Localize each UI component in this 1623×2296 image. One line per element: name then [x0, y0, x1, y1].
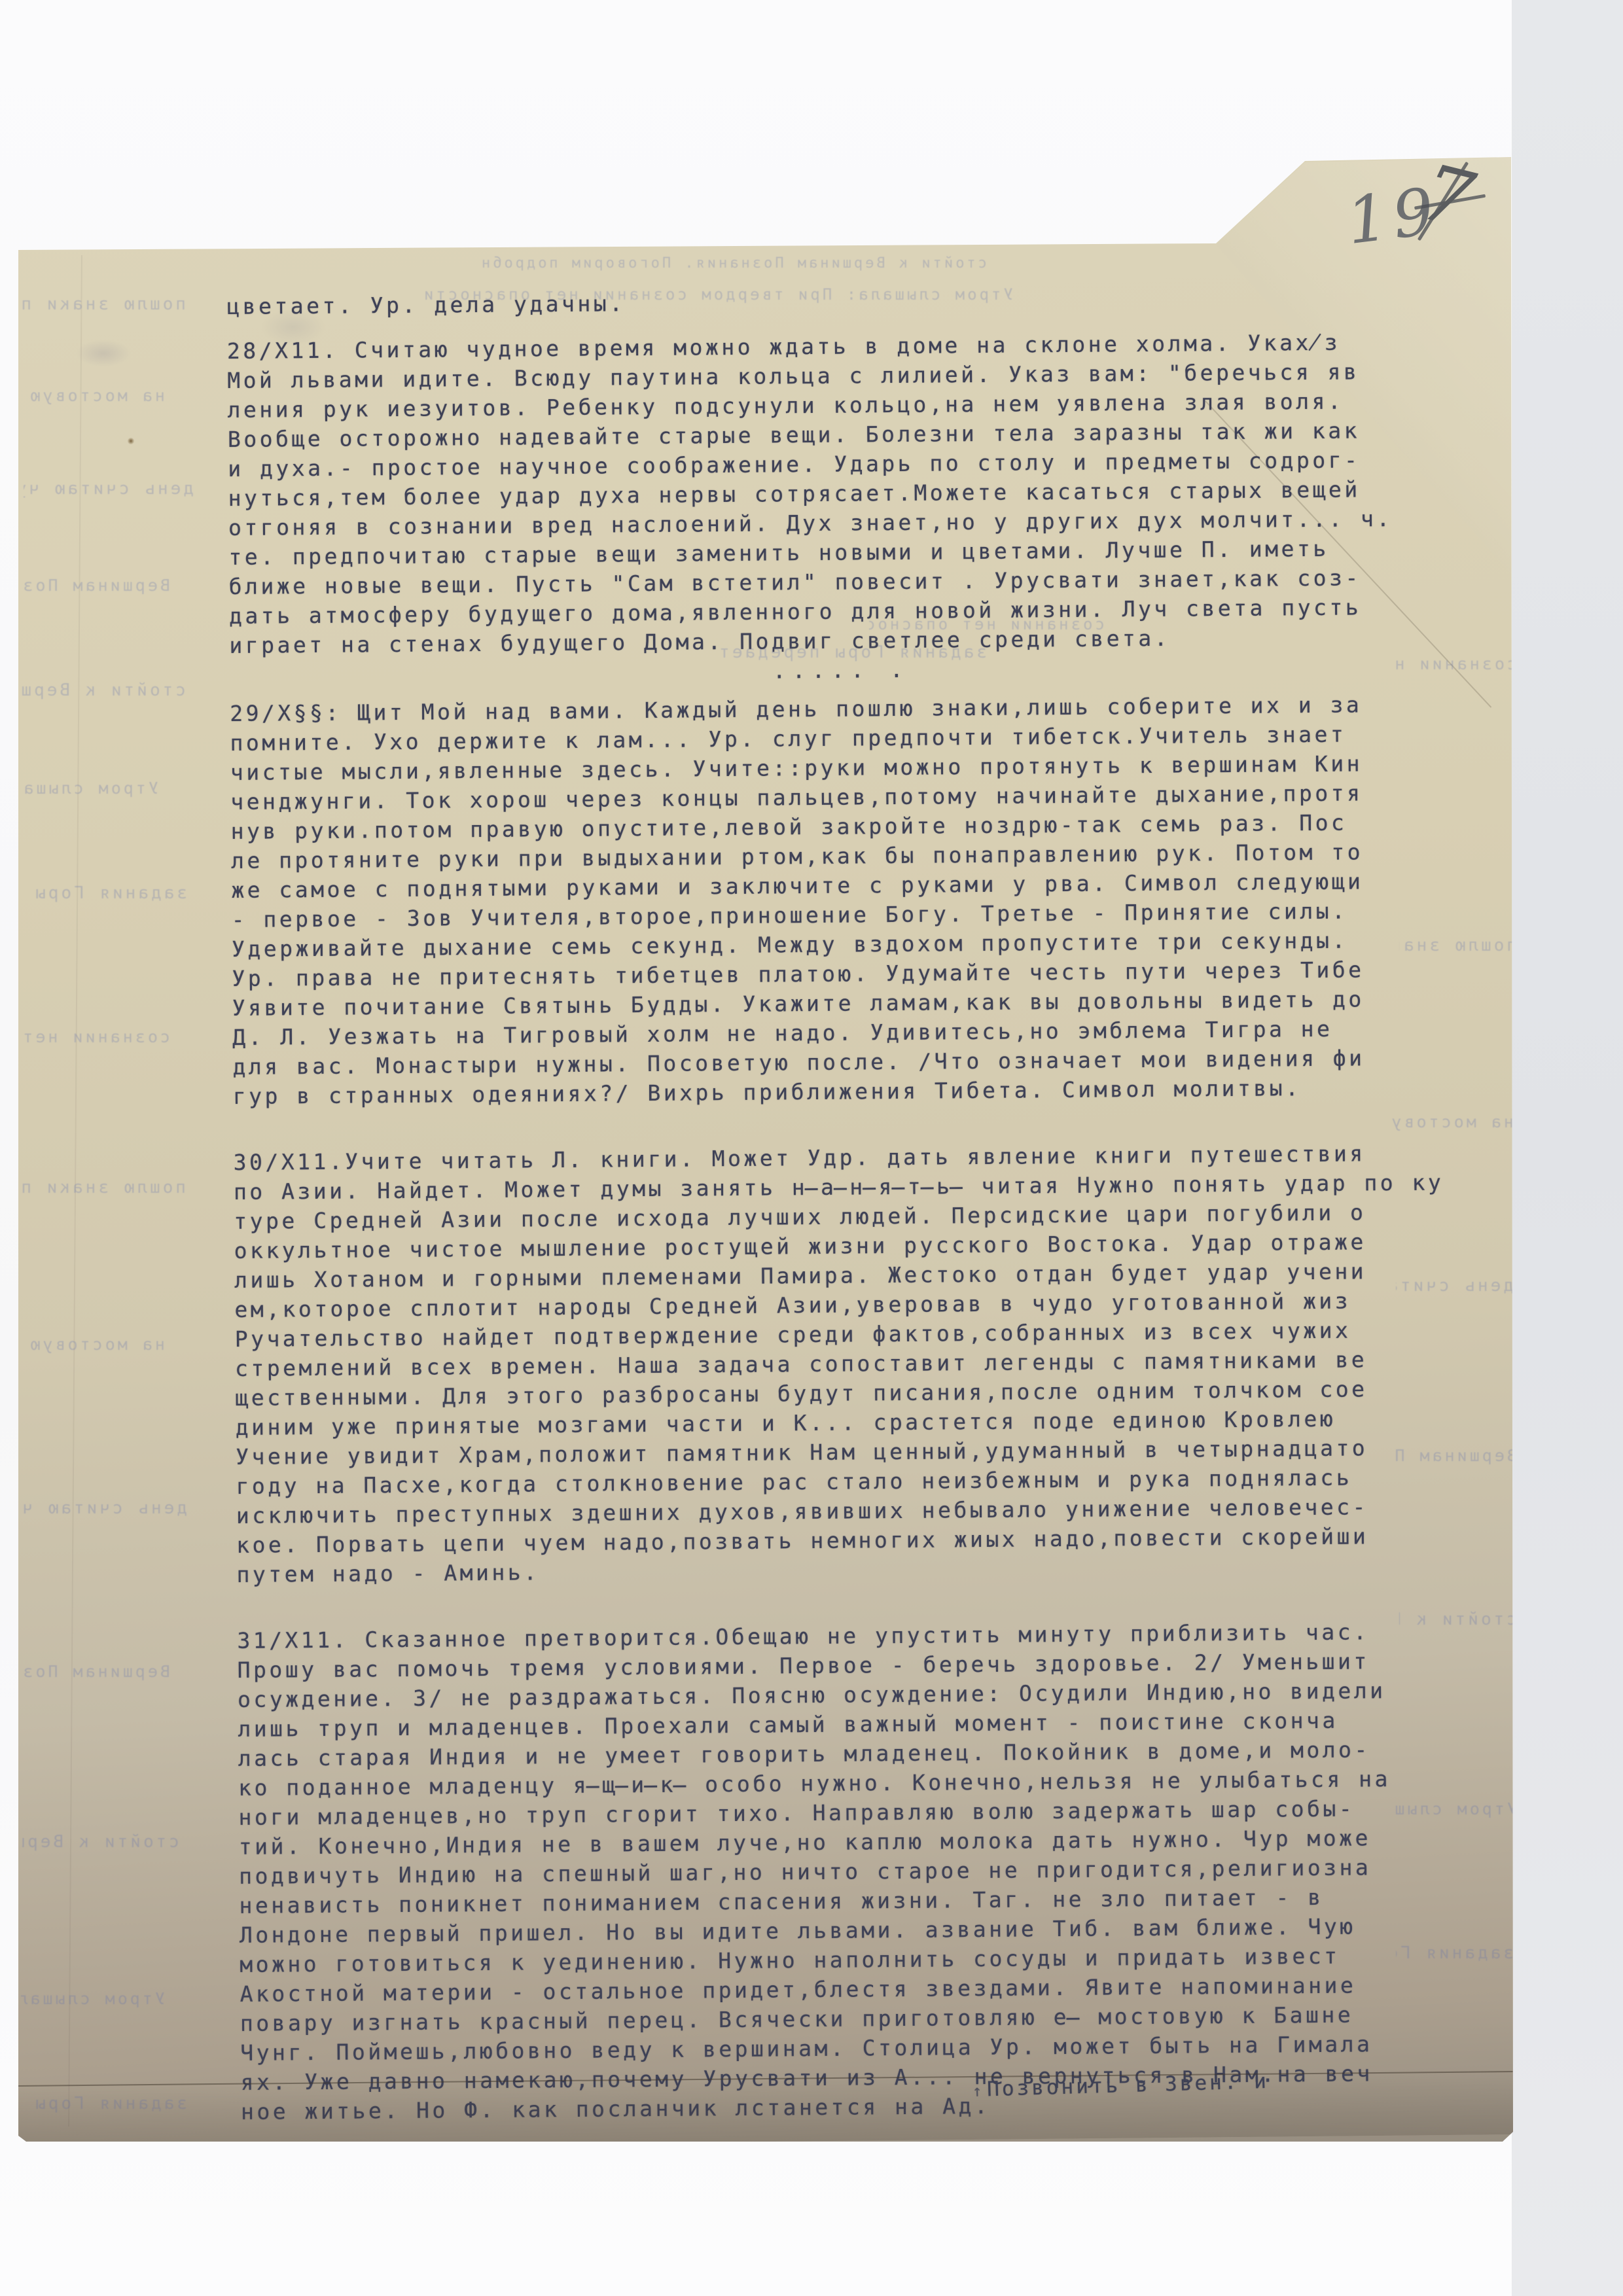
bleed-through-fragment: сознании нет опасности: [20, 1027, 170, 1046]
bleed-through-fragment: день считаю чудное время: [1396, 1276, 1514, 1296]
bleed-through-fragment: пошлю знаки пустынник: [1399, 936, 1517, 955]
text-line: цветает. Ур. дела удачны.: [226, 283, 1404, 321]
text-line: ное житье. Но Ф. как посланчик лстанется…: [241, 2088, 1419, 2127]
diary-entry-28: 28/X11. Считаю чудное время можно ждать …: [227, 327, 1408, 660]
bleed-through-fragment: пошлю знаки пустынник: [22, 294, 186, 314]
bleed-through-fragment: Вершинам Познания: [20, 576, 170, 595]
bleed-through-fragment: пошлю знаки пустынник: [22, 1178, 186, 1197]
bleed-through-fragment: задания Горы передает: [24, 2094, 187, 2113]
diary-entry-29: 29/X§§: Щит Мой над вами. Каждый день по…: [230, 690, 1411, 1111]
bleed-through-fragment: на мостовую к Башне: [21, 1335, 165, 1354]
bleed-through-fragment: день считаю чудное время: [24, 479, 194, 499]
bleed-through-fragment: Вершинам Познания: [20, 1662, 170, 1681]
bleed-through-fragment: сознании нет опасности: [1393, 654, 1517, 673]
typewritten-text: цветает. Ур. дела удачны. 28/X11. Считаю…: [226, 268, 1419, 2127]
bleed-through-fragment: стойти к Вершинам Познания. Поговорим по…: [300, 255, 987, 272]
bleed-through-fragment: стойти к Вершинам Познания. Поговорим по…: [22, 1832, 179, 1852]
bleed-through-fragment: стойти к Вершинам Познания. Поговорим по…: [22, 680, 186, 700]
diary-entry-30: 30/X11.Учите читать Л. книги. Может Удр.…: [233, 1139, 1414, 1589]
vertical-crease: [68, 255, 82, 2127]
scan-backdrop: стойти к Вершинам Познания. Поговорим по…: [0, 0, 1623, 2296]
handwritten-crossed-mark: 7: [1408, 147, 1511, 274]
bleed-through-fragment: Утром слышала: При твердом сознании нет …: [21, 779, 158, 798]
bleed-through-fragment: задания Горы передает: [24, 883, 187, 903]
bleed-through-fragment: стойти к Вершинам Познания. Поговорим по…: [1399, 1610, 1517, 1629]
document-page: стойти к Вершинам Познания. Поговорим по…: [18, 157, 1513, 2142]
insertion-caret-icon: ↑: [972, 2081, 984, 2100]
bleed-through-fragment: Утром слышала: При твердом сознании нет …: [21, 1989, 165, 2008]
diary-entry-31: 31/X11. Сказанное претворится.Обещаю не …: [237, 1617, 1419, 2127]
backdrop-right-band: [1512, 0, 1623, 2296]
bleed-through-fragment: день считаю чудное время: [24, 1498, 187, 1518]
bleed-through-fragment: на мостовую к Башне: [21, 386, 165, 405]
